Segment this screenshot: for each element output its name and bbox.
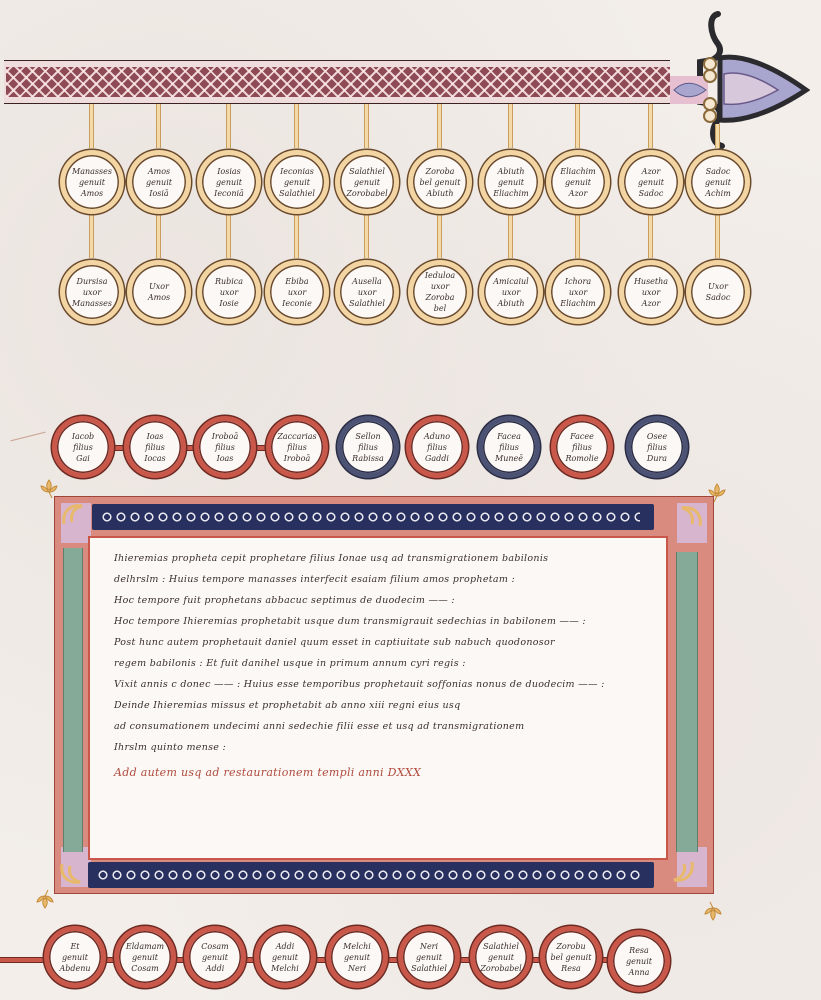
king-medallion: Ieconias genuit Salathiel xyxy=(265,150,329,214)
genealogy-stem xyxy=(89,104,94,148)
lineage-medallion: Resa genuit Anna xyxy=(608,930,670,992)
medallion-relation: Uxor xyxy=(708,281,728,292)
king-medallion: Abiuth genuit Eliachim xyxy=(479,150,543,214)
medallion-name: Ieduloa xyxy=(425,270,455,281)
scroll-pattern xyxy=(96,866,640,884)
medallion-child: Cosam xyxy=(131,963,158,974)
medallion-name: Sellon xyxy=(355,431,380,442)
medallion-parent: Ioas xyxy=(217,453,234,464)
lineage-medallion: Addi genuit Melchi xyxy=(254,926,316,988)
medallion-relation: filius xyxy=(427,442,447,453)
fleur-de-lis-ornament-icon xyxy=(38,478,60,500)
rubric-line: Add autem usq ad restaurationem templi a… xyxy=(114,762,650,783)
medallion-parent: Iroboā xyxy=(284,453,311,464)
wife-medallion: Dursisa uxor Manasses xyxy=(60,260,124,324)
medallion-name: Cosam xyxy=(201,941,228,952)
genealogy-stem xyxy=(648,104,653,148)
king-medallion: Iosias genuit Ieconiā xyxy=(197,150,261,214)
genealogy-stem xyxy=(575,214,580,258)
acanthus-corner-ornament-icon xyxy=(60,502,86,528)
text-line: delhrslm : Huius tempore manasses interf… xyxy=(114,569,650,590)
medallion-spouse: Manasses xyxy=(72,298,112,309)
medallion-name: Salathiel xyxy=(483,941,519,952)
acanthus-corner-ornament-icon xyxy=(678,504,704,530)
medallion-child: Eliachim xyxy=(493,188,529,199)
son-medallion: Ioas filius Iocas xyxy=(124,416,186,478)
fleur-de-lis-ornament-icon xyxy=(706,482,728,504)
medallion-spouse: Azor xyxy=(642,298,661,309)
king-medallion: Zoroba bel genuit Abiuth xyxy=(408,150,472,214)
medallion-relation: filius xyxy=(145,442,165,453)
wife-medallion: Ichora uxor Eliachim xyxy=(546,260,610,324)
chronicle-text: Ihieremias propheta cepit prophetare fil… xyxy=(114,548,650,783)
medallion-relation: genuit xyxy=(79,177,105,188)
medallion-name: Ausella xyxy=(352,276,382,287)
medallion-relation: genuit xyxy=(416,952,442,963)
son-medallion: Facee filius Romolie xyxy=(551,416,613,478)
medallion-name: Resa xyxy=(629,945,649,956)
medallion-relation: genuit xyxy=(626,956,652,967)
medallion-relation: Uxor xyxy=(149,281,169,292)
medallion-child: Zorobabel xyxy=(480,963,521,974)
medallion-name: Ieconias xyxy=(280,166,314,177)
medallion-spouse: Iosie xyxy=(219,298,238,309)
green-column-right xyxy=(676,552,698,852)
lineage-medallion: Cosam genuit Addi xyxy=(184,926,246,988)
genealogy-stem xyxy=(508,214,513,258)
medallion-relation: filius xyxy=(215,442,235,453)
king-medallion: Azor genuit Sadoc xyxy=(619,150,683,214)
medallion-relation: genuit xyxy=(705,177,731,188)
medallion-parent: Rabissa xyxy=(352,453,384,464)
medallion-name: Ioas xyxy=(147,431,164,442)
medallion-name: Manasses xyxy=(72,166,112,177)
genealogy-stem xyxy=(648,214,653,258)
genealogy-stem xyxy=(715,124,720,148)
king-medallion: Eliachim genuit Azor xyxy=(546,150,610,214)
medallion-name: Iroboā xyxy=(212,431,239,442)
genealogy-stem xyxy=(364,104,369,148)
lineage-medallion: Eldamam genuit Cosam xyxy=(114,926,176,988)
son-medallion: Iacob filius Gai xyxy=(52,416,114,478)
genealogy-stem xyxy=(437,104,442,148)
king-medallion: Amos genuit Iosiā xyxy=(127,150,191,214)
medallion-parent: Dura xyxy=(647,453,667,464)
medallion-relation: uxor xyxy=(431,281,449,292)
son-medallion: Sellon filius Rabissa xyxy=(337,416,399,478)
medallion-relation: filius xyxy=(287,442,307,453)
medallion-child: Abdenu xyxy=(59,963,90,974)
genealogy-stem xyxy=(575,104,580,148)
fleur-de-lis-ornament-icon xyxy=(702,900,724,922)
medallion-name: Abiuth xyxy=(498,166,525,177)
genealogy-stem xyxy=(156,104,161,148)
wife-medallion: Amicaiul uxor Abiuth xyxy=(479,260,543,324)
medallion-child: Neri xyxy=(348,963,366,974)
medallion-child: Sadoc xyxy=(639,188,664,199)
medallion-child: Melchi xyxy=(271,963,299,974)
medallion-relation: uxor xyxy=(288,287,306,298)
medallion-spouse: Eliachim xyxy=(560,298,596,309)
medallion-relation: filius xyxy=(572,442,592,453)
medallion-name: Neri xyxy=(420,941,438,952)
son-medallion: Aduno filius Gaddi xyxy=(406,416,468,478)
medallion-relation: uxor xyxy=(642,287,660,298)
genealogy-stem xyxy=(715,214,720,258)
king-medallion: Sadoc genuit Achim xyxy=(686,150,750,214)
medallion-child: Azor xyxy=(569,188,588,199)
text-line: Vixit annis c donec —— : Huius esse temp… xyxy=(114,674,650,695)
medallion-relation: genuit xyxy=(284,177,310,188)
medallion-relation: bel genuit xyxy=(551,952,592,963)
medallion-relation: bel genuit xyxy=(420,177,461,188)
scroll-frieze-bottom xyxy=(88,862,654,888)
medallion-parent: Muneē xyxy=(495,453,523,464)
medallion-relation: uxor xyxy=(502,287,520,298)
medallion-relation: uxor xyxy=(358,287,376,298)
acanthus-corner-ornament-icon xyxy=(670,858,696,884)
chain-link xyxy=(0,957,44,963)
medallion-relation: uxor xyxy=(83,287,101,298)
medallion-relation: genuit xyxy=(638,177,664,188)
medallion-name: Iosias xyxy=(217,166,241,177)
genealogy-stem xyxy=(437,214,442,258)
medallion-relation: genuit xyxy=(202,952,228,963)
wife-medallion: Rubica uxor Iosie xyxy=(197,260,261,324)
medallion-name: Amicaiul xyxy=(493,276,528,287)
medallion-spouse: Zoroba xyxy=(426,292,455,303)
medallion-relation: filius xyxy=(73,442,93,453)
genealogy-stem xyxy=(294,214,299,258)
leaf-spearhead-finial-icon xyxy=(660,4,810,154)
medallion-name: Addi xyxy=(276,941,295,952)
medallion-child: Achim xyxy=(705,188,731,199)
son-medallion: Zaccarias filius Iroboā xyxy=(266,416,328,478)
medallion-child: Zorobabel xyxy=(346,188,387,199)
medallion-relation: genuit xyxy=(498,177,524,188)
medallion-name: Et xyxy=(70,941,79,952)
medallion-parent: Gaddi xyxy=(425,453,449,464)
medallion-child: Salathiel xyxy=(279,188,315,199)
wife-medallion: Uxor Sadoc xyxy=(686,260,750,324)
text-line: Hoc tempore fuit prophetans abbacuc sept… xyxy=(114,590,650,611)
medallion-relation: uxor xyxy=(569,287,587,298)
medallion-name: Eldamam xyxy=(126,941,164,952)
son-medallion: Iroboā filius Ioas xyxy=(194,416,256,478)
medallion-child: Amos xyxy=(81,188,103,199)
medallion-name: Rubica xyxy=(215,276,243,287)
medallion-spouse: Amos xyxy=(148,292,170,303)
text-line: regem babilonis : Et fuit danihel usque … xyxy=(114,653,650,674)
king-medallion: Salathiel genuit Zorobabel xyxy=(335,150,399,214)
medallion-relation: filius xyxy=(647,442,667,453)
chronicle-text-panel: Ihieremias propheta cepit prophetare fil… xyxy=(88,536,668,860)
medallion-parent: Romolie xyxy=(565,453,598,464)
genealogy-stem xyxy=(364,214,369,258)
medallion-name: Zoroba xyxy=(426,166,455,177)
wife-medallion: Ebiba uxor Ieconie xyxy=(265,260,329,324)
acanthus-corner-ornament-icon xyxy=(58,860,84,886)
medallion-relation: genuit xyxy=(565,177,591,188)
medallion-name: Ebiba xyxy=(285,276,308,287)
text-line: Deinde Ihieremias missus et prophetabit … xyxy=(114,695,650,716)
scroll-pattern xyxy=(100,508,640,526)
lineage-medallion: Zorobu bel genuit Resa xyxy=(540,926,602,988)
medallion-name: Sadoc xyxy=(706,166,731,177)
son-medallion: Facea filius Muneē xyxy=(478,416,540,478)
lineage-medallion: Melchi genuit Neri xyxy=(326,926,388,988)
medallion-relation: genuit xyxy=(62,952,88,963)
medallion-name: Aduno xyxy=(424,431,450,442)
text-line: Ihieremias propheta cepit prophetare fil… xyxy=(114,548,650,569)
medallion-relation: genuit xyxy=(132,952,158,963)
genealogy-stem xyxy=(89,214,94,258)
medallion-name: Ichora xyxy=(565,276,591,287)
genealogy-stem xyxy=(156,214,161,258)
medallion-spouse: Sadoc xyxy=(706,292,731,303)
scroll-frieze-top xyxy=(92,504,654,530)
medallion-relation: uxor xyxy=(220,287,238,298)
medallion-parent: Gai xyxy=(76,453,90,464)
medallion-spouse: Abiuth xyxy=(498,298,525,309)
medallion-spouse: Salathiel xyxy=(349,298,385,309)
medallion-relation: filius xyxy=(499,442,519,453)
medallion-name: Zorobu xyxy=(556,941,585,952)
genealogy-stem xyxy=(226,104,231,148)
genealogy-stem xyxy=(226,214,231,258)
medallion-child: Salathiel xyxy=(411,963,447,974)
wife-medallion: Ausella uxor Salathiel xyxy=(335,260,399,324)
medallion-name: Azor xyxy=(642,166,661,177)
genealogy-stem xyxy=(294,104,299,148)
king-medallion: Manasses genuit Amos xyxy=(60,150,124,214)
wife-medallion: Ieduloa uxor Zoroba bel xyxy=(408,260,472,324)
medallion-relation: genuit xyxy=(488,952,514,963)
medallion-name: Amos xyxy=(148,166,170,177)
pen-line xyxy=(10,432,45,442)
medallion-name: Melchi xyxy=(343,941,371,952)
interlace-band xyxy=(4,60,670,104)
text-line: Hoc tempore Ihieremias prophetabit usque… xyxy=(114,611,650,632)
son-medallion: Osee filius Dura xyxy=(626,416,688,478)
medallion-name: Facee xyxy=(570,431,594,442)
lineage-medallion: Neri genuit Salathiel xyxy=(398,926,460,988)
wife-medallion: Husetha uxor Azor xyxy=(619,260,683,324)
green-column-left xyxy=(63,548,83,852)
medallion-name: Eliachim xyxy=(560,166,596,177)
celtic-knot-pattern xyxy=(6,67,670,97)
medallion-child: Addi xyxy=(206,963,225,974)
text-line: Ihrslm quinto mense : xyxy=(114,737,650,758)
wife-medallion: Uxor Amos xyxy=(127,260,191,324)
medallion-relation: genuit xyxy=(146,177,172,188)
medallion-parent: Iocas xyxy=(144,453,165,464)
medallion-child: Iosiā xyxy=(149,188,168,199)
medallion-name: Iacob xyxy=(72,431,94,442)
medallion-name: Dursisa xyxy=(77,276,108,287)
medallion-spouse: Ieconie xyxy=(282,298,312,309)
medallion-relation: genuit xyxy=(354,177,380,188)
medallion-child: Ieconiā xyxy=(214,188,244,199)
medallion-name: Osee xyxy=(647,431,667,442)
medallion-name: Facea xyxy=(497,431,521,442)
text-line: ad consumationem undecimi anni sedechie … xyxy=(114,716,650,737)
medallion-relation: genuit xyxy=(216,177,242,188)
medallion-name: Husetha xyxy=(634,276,668,287)
fleur-de-lis-ornament-icon xyxy=(34,888,56,910)
lineage-medallion: Et genuit Abdenu xyxy=(44,926,106,988)
text-line: Post hunc autem prophetauit daniel quum … xyxy=(114,632,650,653)
medallion-relation: genuit xyxy=(272,952,298,963)
lineage-medallion: Salathiel genuit Zorobabel xyxy=(470,926,532,988)
medallion-child: Anna xyxy=(629,967,650,978)
medallion-spouse-cont: bel xyxy=(434,303,446,314)
medallion-name: Salathiel xyxy=(349,166,385,177)
genealogy-stem xyxy=(508,104,513,148)
medallion-relation: genuit xyxy=(344,952,370,963)
medallion-child: Abiuth xyxy=(427,188,454,199)
medallion-name: Zaccarias xyxy=(277,431,316,442)
medallion-relation: filius xyxy=(358,442,378,453)
medallion-child: Resa xyxy=(561,963,581,974)
